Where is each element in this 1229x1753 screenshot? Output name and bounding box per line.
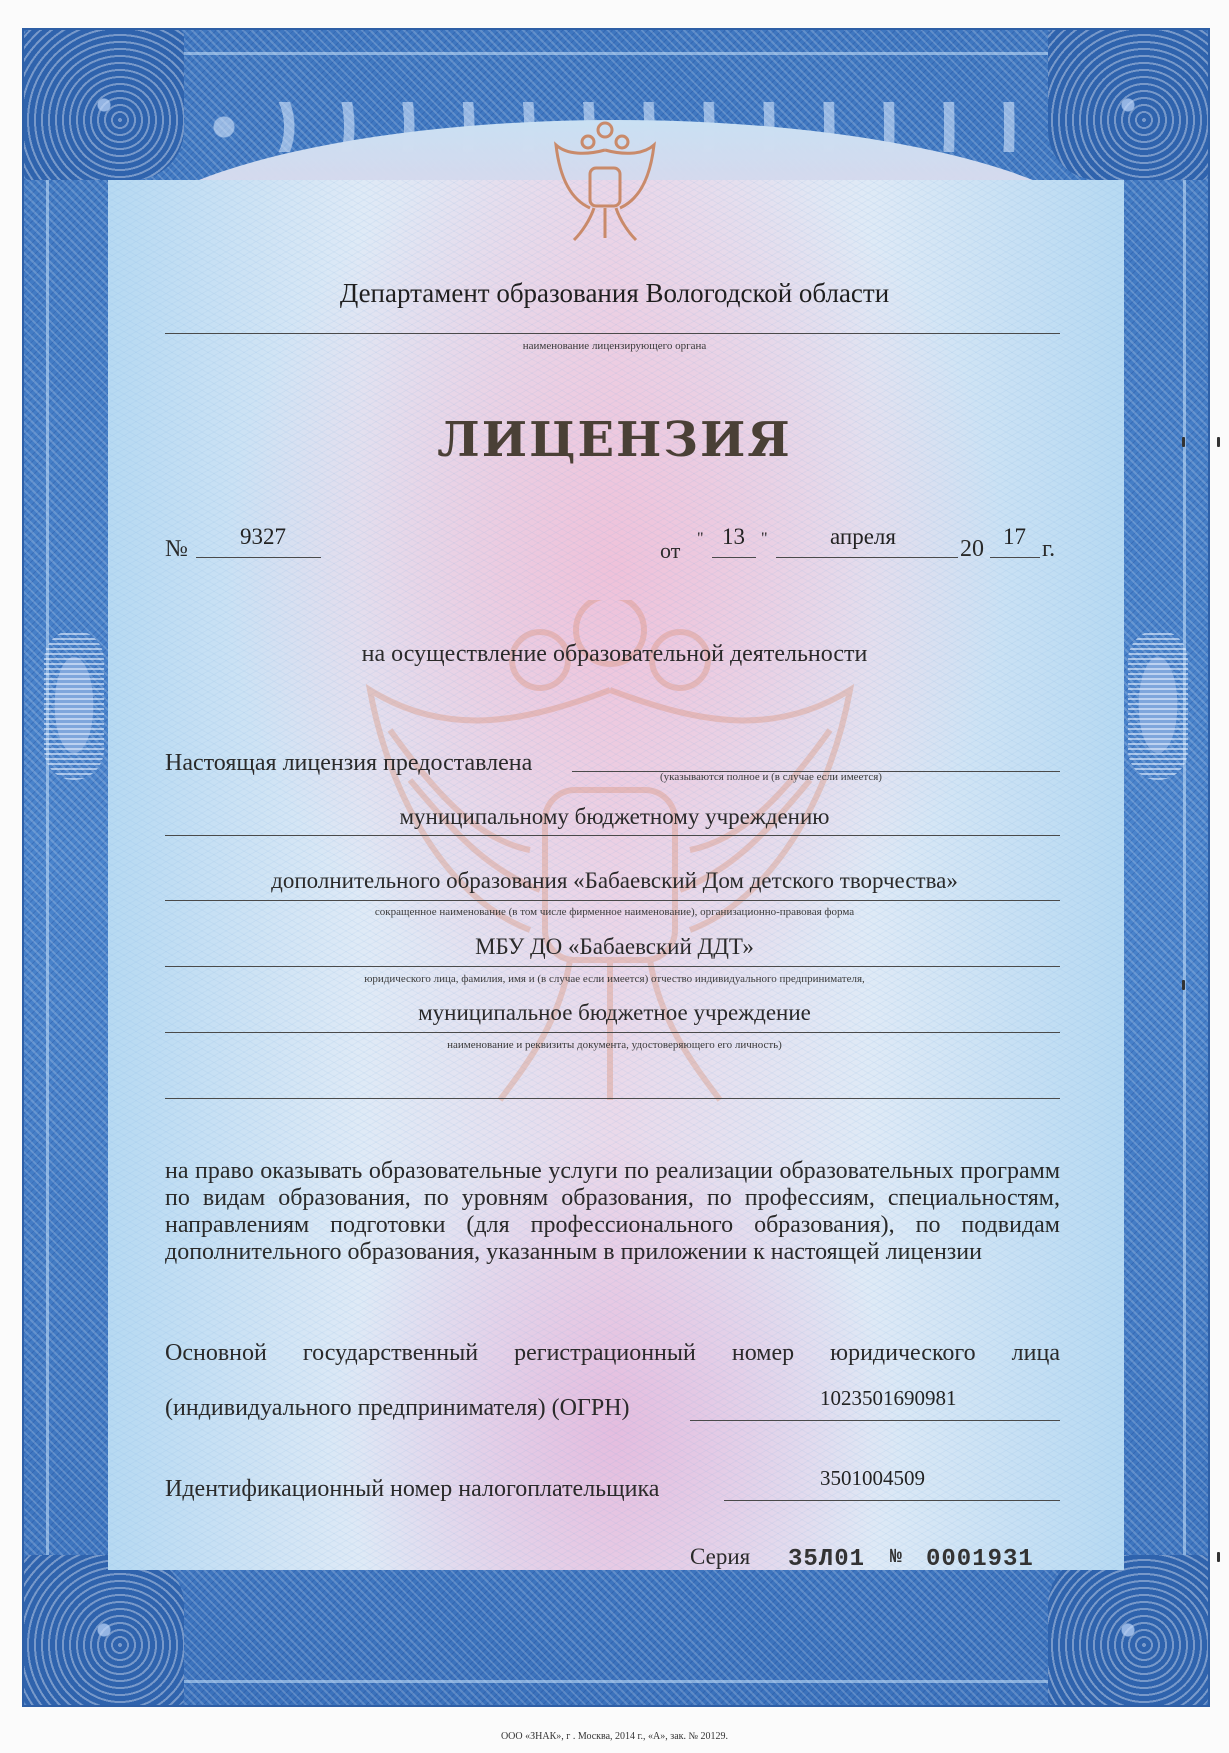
license-purpose: на осуществление образовательной деятель… [0,641,1229,668]
ogrn-label-line2: (индивидуального предпринимателя) (ОГРН) [165,1395,630,1422]
series-number: 0001931 [926,1546,1034,1573]
licensee-underline-2 [165,900,1060,901]
ogrn-underline [690,1420,1060,1421]
scan-mark [1217,437,1220,447]
month-underline [776,557,958,558]
caption-identity-doc: наименование и реквизиты документа, удос… [0,1039,1229,1051]
date-year-end: г. [1042,536,1055,563]
inn-value: 3501004509 [820,1466,925,1491]
issuing-authority: Департамент образования Вологодской обла… [0,278,1229,309]
corner-ornament-icon [1048,30,1208,180]
inn-label: Идентификационный номер налогоплательщик… [165,1476,659,1503]
licensee-legal-form: муниципальное бюджетное учреждение [0,1000,1229,1026]
number-label: № [165,536,188,563]
date-from-label: от [660,538,680,564]
licensee-underline-1 [165,835,1060,836]
corner-ornament-icon [24,30,184,180]
date-quote-open: " [697,530,704,548]
scan-mark [1217,1552,1220,1562]
series-code: 35Л01 [788,1546,865,1573]
scan-mark [1182,980,1185,990]
date-year-suffix: 17 [1003,524,1026,550]
license-number: 9327 [240,524,286,550]
printer-imprint: ООО «ЗНАК», г . Москва, 2014 г., «А», за… [0,1731,1229,1742]
rights-paragraph: на право оказывать образовательные услуг… [165,1158,1060,1266]
authority-underline [165,333,1060,334]
granted-to-label: Настоящая лицензия предоставлена [165,750,532,777]
number-underline [196,557,321,558]
inn-underline [724,1500,1060,1501]
date-day: 13 [722,524,745,550]
series-label: Серия [690,1544,750,1570]
series-number-label: № [890,1546,903,1569]
caption-short-name: сокращенное наименование (в том числе фи… [0,906,1229,918]
date-month: апреля [830,524,896,550]
ogrn-label-line1: Основной государственный регистрационный… [165,1340,1060,1367]
licensee-name-line2: дополнительного образования «Бабаевский … [0,868,1229,894]
document-title: ЛИЦЕНЗИЯ [0,412,1229,468]
day-underline [712,557,756,558]
scan-mark [1182,437,1185,447]
year-underline [990,557,1040,558]
short-name-underline [165,966,1060,967]
licensee-short-name: МБУ ДО «Бабаевский ДДТ» [0,934,1229,960]
corner-ornament-icon [1048,1555,1208,1705]
corner-ornament-icon [24,1555,184,1705]
caption-full-name: (указываются полное и (в случае если име… [660,771,882,783]
date-year-prefix: 20 [960,536,984,563]
authority-caption: наименование лицензирующего органа [0,340,1229,352]
ogrn-value: 1023501690981 [820,1386,957,1411]
date-quote-close: " [761,530,768,548]
licensee-name-line1: муниципальному бюджетному учреждению [0,804,1229,830]
legal-form-underline [165,1032,1060,1033]
blank-underline [165,1098,1060,1099]
coat-of-arms-icon [552,120,658,245]
caption-legal-entity: юридического лица, фамилия, имя и (в слу… [0,973,1229,985]
